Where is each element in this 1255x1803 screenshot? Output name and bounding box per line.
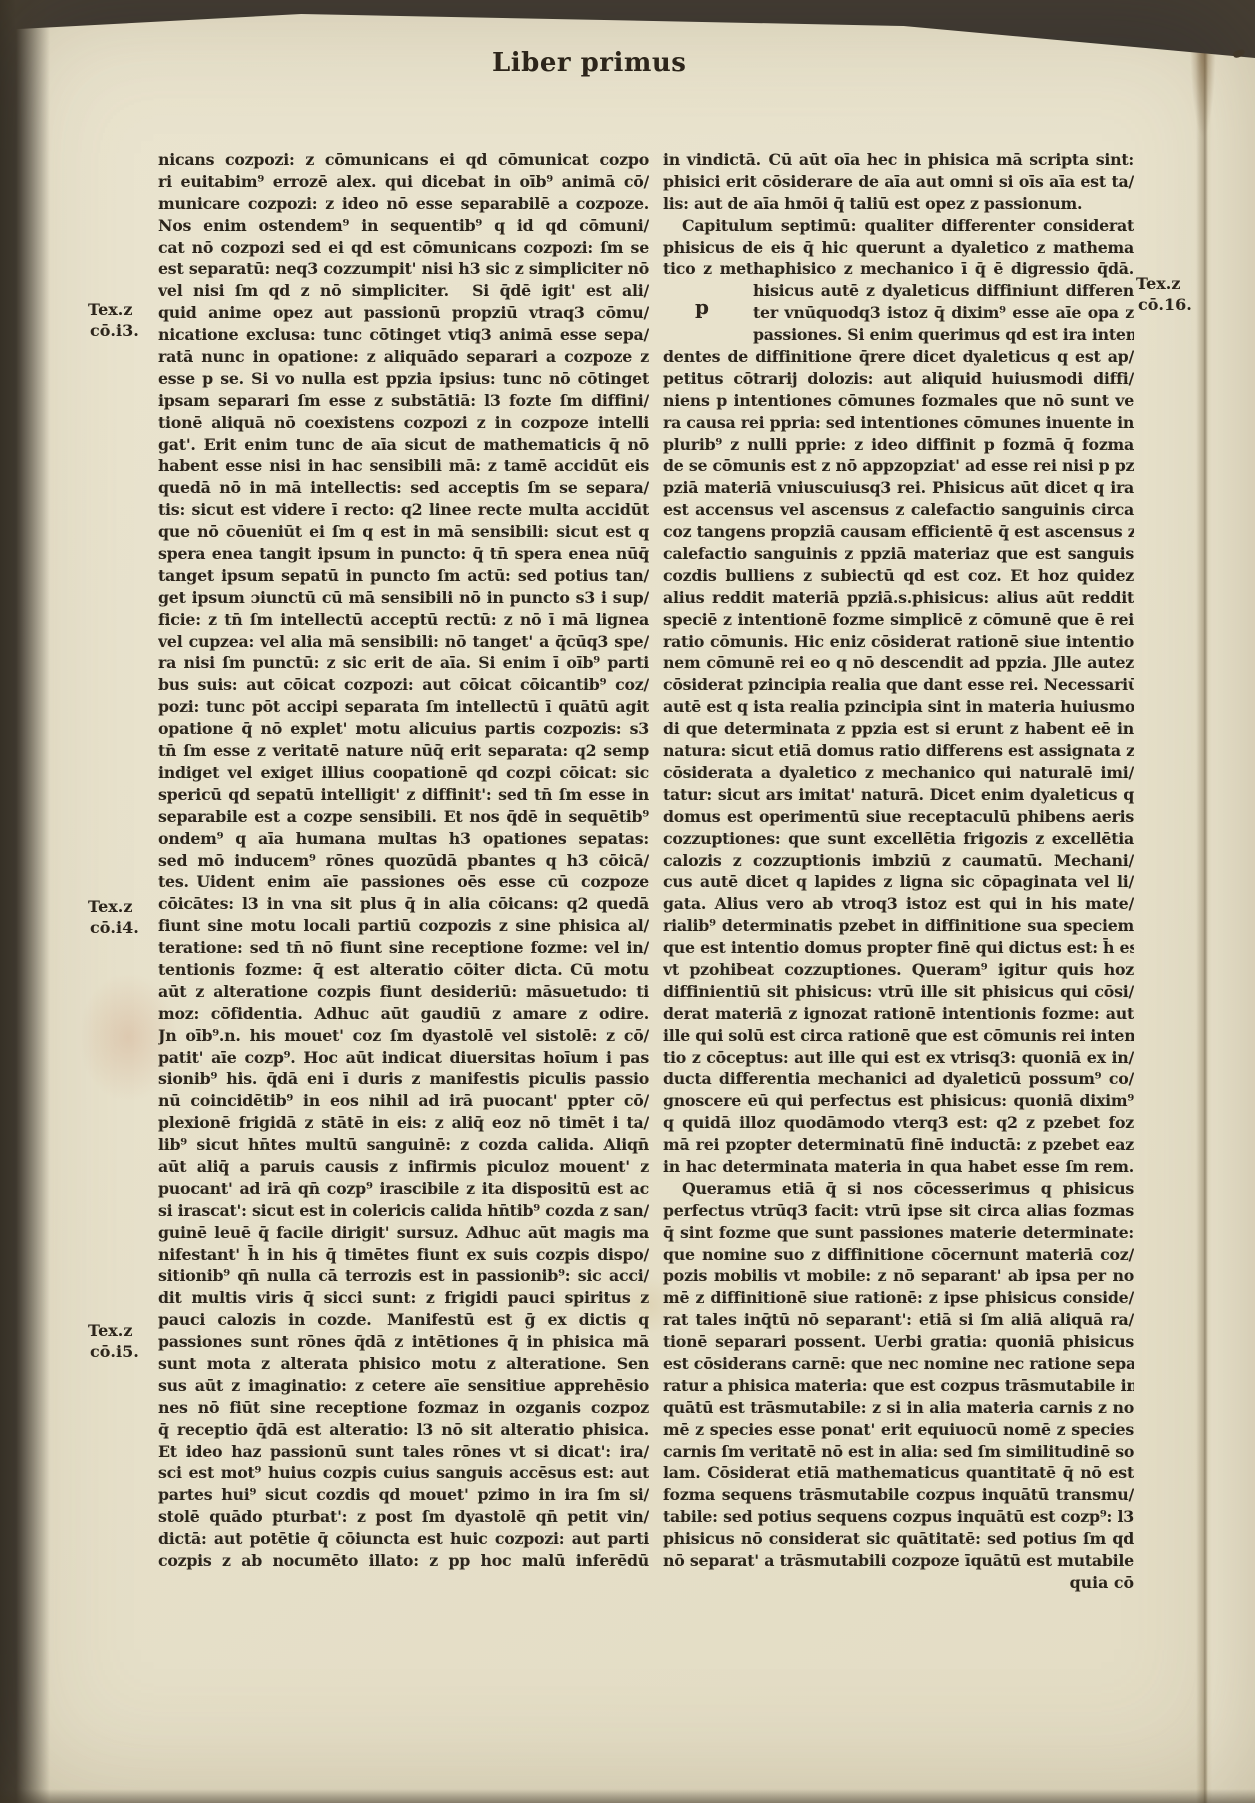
page-vignette <box>0 0 1255 1803</box>
scanned-book-page: { "page": { "header": "Liber primus", "c… <box>0 0 1255 1803</box>
